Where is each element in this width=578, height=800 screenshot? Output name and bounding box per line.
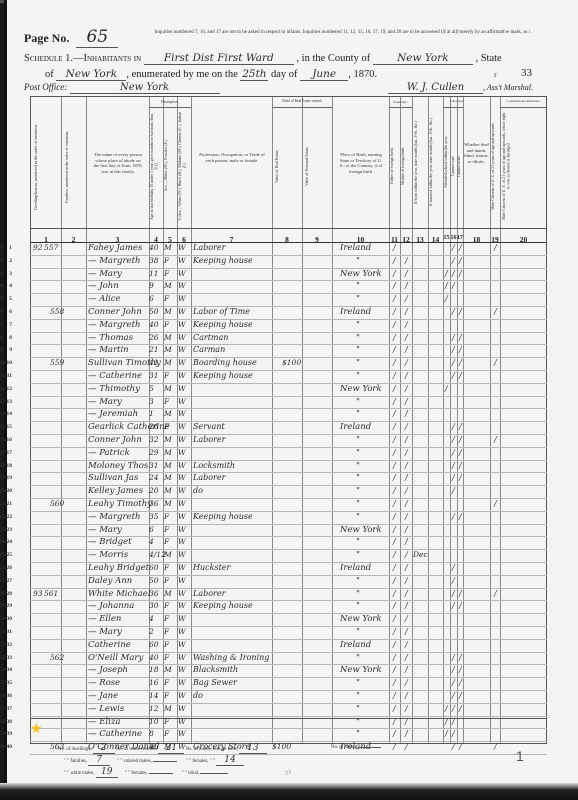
person-name: O'Neill Mary xyxy=(88,653,143,663)
occupation-value: Keeping house xyxy=(193,320,253,329)
sex-value: M xyxy=(164,307,172,316)
month-field: June xyxy=(300,68,348,81)
white-females-label: No. of white females, xyxy=(116,747,157,752)
affirmative-mark: / xyxy=(459,653,462,662)
affirmative-mark: / xyxy=(393,537,396,546)
affirmative-mark: / xyxy=(452,704,455,713)
affirmative-mark: / xyxy=(393,409,396,418)
color-value: W xyxy=(178,601,186,610)
row-number-right: 5 xyxy=(0,296,14,302)
affirmative-mark: / xyxy=(405,448,408,457)
affirmative-mark: / xyxy=(405,461,408,470)
affirmative-mark: / xyxy=(459,665,462,674)
col20-header: Male Citizens of U. S. of 21 years of ag… xyxy=(502,111,546,221)
affirmative-mark: / xyxy=(494,358,497,367)
row-number-right: 28 xyxy=(0,591,14,597)
row-number-right: 25 xyxy=(0,552,14,558)
sex-value: F xyxy=(164,653,169,662)
person-name: — John xyxy=(88,281,119,291)
color-value: W xyxy=(178,294,186,303)
person-name: — Joseph xyxy=(88,665,128,675)
white-males-label: " " white males, xyxy=(58,771,95,776)
affirmative-mark: / xyxy=(459,601,462,610)
row-number-right: 1 xyxy=(0,245,14,251)
affirmative-mark: / xyxy=(405,281,408,290)
district-field: First Dist First Ward xyxy=(144,52,294,65)
affirmative-mark: / xyxy=(393,473,396,482)
affirmative-mark: / xyxy=(393,422,396,431)
affirmative-mark: / xyxy=(393,345,396,354)
table-row: 33— Mary11FWNew York///// xyxy=(0,268,578,281)
affirmative-mark: / xyxy=(452,358,455,367)
table-row: 1818Moloney Thos31MWLocksmith"//// xyxy=(0,460,578,473)
foreign-males-label: No. of males, foreign born, xyxy=(186,747,238,752)
col5-header: Sex.—Males (M.), Females (F.) xyxy=(164,111,176,221)
marshal-label: , Ass't Marshal. xyxy=(483,83,533,92)
sex-value: F xyxy=(164,678,169,687)
affirmative-mark: / xyxy=(459,678,462,687)
table-row: 3030— Ellen4FWNew York// xyxy=(0,613,578,626)
description-header: Description. xyxy=(149,100,191,106)
birthplace-value: " xyxy=(356,678,360,688)
post-office-line: Post Office: New York xyxy=(24,82,220,94)
affirmative-mark: / xyxy=(393,461,396,470)
col3-header: The name of every person whose place of … xyxy=(93,152,143,174)
table-row: 3232Catherine60FWIreland// xyxy=(0,639,578,652)
table-row: 1313— Mary3FW"// xyxy=(0,396,578,409)
column19-tally: 1 xyxy=(516,748,524,764)
table-row: 2929— Johanna30FWKeeping house"//// xyxy=(0,600,578,613)
affirmative-mark: / xyxy=(405,473,408,482)
affirmative-mark: / xyxy=(459,704,462,713)
occupation-value: Laborer xyxy=(193,243,225,252)
affirmative-mark: / xyxy=(452,243,455,252)
sex-value: M xyxy=(164,409,172,418)
affirmative-mark: / xyxy=(459,269,462,278)
color-value: W xyxy=(178,422,186,431)
color-value: W xyxy=(178,461,186,470)
marshal-signature: W. J. Cullen xyxy=(388,82,483,94)
person-name: — Bridget xyxy=(88,537,132,547)
person-name: — Jane xyxy=(88,691,118,701)
table-row: 3131— Mary2FW"// xyxy=(0,626,578,639)
color-value: W xyxy=(178,371,186,380)
birthplace-value: " xyxy=(356,461,360,471)
affirmative-mark: / xyxy=(445,704,448,713)
education-header: Education. xyxy=(450,99,463,105)
birthplace-value: " xyxy=(356,345,360,355)
birthplace-value: Ireland xyxy=(340,307,371,317)
affirmative-mark: / xyxy=(452,486,455,495)
affirmative-mark: / xyxy=(452,678,455,687)
year-label: , 1870. xyxy=(348,69,377,80)
occupation-value: Keeping house xyxy=(193,512,253,521)
color-value: W xyxy=(178,448,186,457)
person-name: Leahy Bridget xyxy=(88,563,149,573)
colnum-15: 15 xyxy=(443,235,450,241)
person-name: — Rose xyxy=(88,678,120,688)
person-name: Daley Ann xyxy=(88,576,132,586)
affirmative-mark: / xyxy=(452,742,455,751)
birthplace-value: " xyxy=(356,576,360,586)
family-number: 561 xyxy=(44,589,58,598)
affirmative-mark: / xyxy=(452,422,455,431)
person-name: White Michael xyxy=(88,589,151,599)
star-icon[interactable]: ★ xyxy=(30,723,43,737)
row-number-right: 15 xyxy=(0,424,14,430)
color-value: W xyxy=(178,499,186,508)
affirmative-mark: / xyxy=(393,640,396,649)
family-number: 559 xyxy=(50,358,64,367)
affirmative-mark: / xyxy=(459,742,462,751)
color-value: W xyxy=(178,397,186,406)
affirmative-mark: / xyxy=(459,333,462,342)
age-value: 11 xyxy=(149,269,159,278)
table-row: 3939— Catherine8FW"//// xyxy=(0,728,578,741)
affirmative-mark: / xyxy=(405,384,408,393)
affirmative-mark: / xyxy=(445,269,448,278)
person-name: — Thomas xyxy=(88,333,133,343)
page-number: Page No. 65 xyxy=(24,27,118,48)
occupation-value: Keeping house xyxy=(193,371,253,380)
col12-header: Mother of foreign birth. xyxy=(401,111,411,221)
colored-females-label: " " females, xyxy=(119,771,147,776)
birthplace-value: New York xyxy=(340,614,382,624)
person-name: — Mary xyxy=(88,269,122,279)
table-row: 1010559Sullivan Timothy41MWBoarding hous… xyxy=(0,357,578,370)
row-number-right: 12 xyxy=(0,386,14,392)
sex-value: F xyxy=(164,371,169,380)
table-row: 2727Daley Ann50FW"/// xyxy=(0,575,578,588)
occupation-value: Cartman xyxy=(193,333,228,342)
real-estate-header: Value of Real Estate owned. xyxy=(272,99,332,105)
page-label: Page No. xyxy=(24,31,69,45)
county-label: , in the County of xyxy=(296,53,370,64)
affirmative-mark: / xyxy=(405,614,408,623)
table-row: 1414— Jeremiah1MW"// xyxy=(0,408,578,421)
affirmative-mark: / xyxy=(393,448,396,457)
affirmative-mark: / xyxy=(452,729,455,738)
sex-value: F xyxy=(164,601,169,610)
age-value: 40 xyxy=(149,653,159,662)
dwelling-number: 93 xyxy=(33,589,43,598)
person-name: — Margreth xyxy=(88,512,140,522)
insane-count xyxy=(359,747,381,748)
row-number-right: 31 xyxy=(0,629,14,635)
birthplace-value: " xyxy=(356,294,360,304)
affirmative-mark: / xyxy=(393,371,396,380)
person-name: Kelley James xyxy=(88,486,143,496)
affirmative-mark: / xyxy=(405,665,408,674)
affirmative-mark: / xyxy=(393,243,396,252)
age-value: 2 xyxy=(149,627,154,636)
color-value: W xyxy=(178,525,186,534)
affirmative-mark: / xyxy=(405,269,408,278)
age-value: 10 xyxy=(149,717,159,726)
age-value: 36 xyxy=(149,589,159,598)
affirmative-mark: / xyxy=(405,320,408,329)
affirmative-mark: / xyxy=(393,512,396,521)
affirmative-mark: / xyxy=(393,627,396,636)
affirmative-mark: / xyxy=(459,422,462,431)
sex-value: F xyxy=(164,294,169,303)
affirmative-mark: / xyxy=(405,576,408,585)
birthplace-value: " xyxy=(356,512,360,522)
state-field: New York xyxy=(56,68,126,81)
table-row: 2121560Leahy Timothy36MW"/// xyxy=(0,498,578,511)
table-row: 99— Martin21MWCarman"//// xyxy=(0,344,578,357)
affirmative-mark: / xyxy=(405,409,408,418)
age-value: 1 xyxy=(149,409,154,418)
row-number-right: 7 xyxy=(0,322,14,328)
occupation-value: Bag Sewer xyxy=(193,678,237,687)
affirmative-mark: / xyxy=(405,537,408,546)
affirmative-mark: / xyxy=(459,256,462,265)
color-value: W xyxy=(178,729,186,738)
affirmative-mark: / xyxy=(405,742,408,751)
affirmative-mark: / xyxy=(405,422,408,431)
affirmative-mark: / xyxy=(393,576,396,585)
age-value: 5 xyxy=(149,384,154,393)
families-count: 7 xyxy=(88,755,110,766)
affirmative-mark: / xyxy=(393,486,396,495)
affirmative-mark: / xyxy=(452,601,455,610)
age-value: 50 xyxy=(149,576,159,585)
affirmative-mark: / xyxy=(405,486,408,495)
affirmative-mark: / xyxy=(452,512,455,521)
color-value: W xyxy=(178,307,186,316)
affirmative-mark: / xyxy=(405,601,408,610)
table-row: 3535— Rose16FWBag Sewer"//// xyxy=(0,677,578,690)
summary-block: No. of dwellings, 2 No. of white females… xyxy=(58,743,267,779)
color-value: W xyxy=(178,256,186,265)
person-name: Moloney Thos xyxy=(88,461,148,471)
affirmative-mark: / xyxy=(393,307,396,316)
age-value: 6 xyxy=(149,294,154,303)
age-value: 31 xyxy=(149,461,159,470)
color-value: W xyxy=(178,653,186,662)
sex-value: F xyxy=(164,640,169,649)
tick-mark: ɾ xyxy=(494,70,497,79)
birthplace-value: " xyxy=(356,397,360,407)
person-name: — Eliza xyxy=(88,717,120,727)
affirmative-mark: / xyxy=(393,397,396,406)
page-number-value: 65 xyxy=(76,27,118,48)
col4-header: Age at last birthday. If under 1 year, g… xyxy=(150,111,162,221)
birthplace-value: " xyxy=(356,448,360,458)
age-value: 18 xyxy=(149,665,159,674)
sex-value: F xyxy=(164,729,169,738)
color-value: W xyxy=(178,537,186,546)
color-value: W xyxy=(178,435,186,444)
affirmative-mark: / xyxy=(459,345,462,354)
person-name: — Alice xyxy=(88,294,121,304)
affirmative-mark: / xyxy=(452,563,455,572)
affirmative-mark: / xyxy=(405,704,408,713)
birthplace-value: " xyxy=(356,333,360,343)
birthplace-value: " xyxy=(356,320,360,330)
sex-value: M xyxy=(164,448,172,457)
occupation-value: Laborer xyxy=(193,473,225,482)
occupation-value: Carman xyxy=(193,345,225,354)
white-males-count: 19 xyxy=(96,767,118,778)
age-value: 26 xyxy=(149,422,159,431)
affirmative-mark: / xyxy=(452,307,455,316)
age-value: 6 xyxy=(149,525,154,534)
affirmative-mark: / xyxy=(405,525,408,534)
person-name: — Morris xyxy=(88,550,128,560)
row-number-right: 11 xyxy=(0,373,14,379)
birthplace-value: New York xyxy=(340,525,382,535)
sex-value: M xyxy=(164,461,172,470)
col8-header: Value of Real Estate. xyxy=(275,111,299,221)
row-number-right: 39 xyxy=(0,731,14,737)
row-number-right: 16 xyxy=(0,437,14,443)
day-of-label: day of xyxy=(271,69,298,80)
dwellings-label: No. of dwellings, xyxy=(58,747,91,752)
affirmative-mark: / xyxy=(393,384,396,393)
person-name: — Patrick xyxy=(88,448,130,458)
row-number-right: 36 xyxy=(0,693,14,699)
sex-value: F xyxy=(164,691,169,700)
affirmative-mark: / xyxy=(405,371,408,380)
table-row: 2323— Mary6FWNew York// xyxy=(0,524,578,537)
sex-value: F xyxy=(164,320,169,329)
table-row: 3333562O'Neill Mary40FWWashing & Ironing… xyxy=(0,652,578,665)
affirmative-mark: / xyxy=(393,525,396,534)
age-value: 35 xyxy=(149,512,159,521)
affirmative-mark: / xyxy=(393,550,396,559)
color-value: W xyxy=(178,269,186,278)
affirmative-mark: / xyxy=(405,678,408,687)
col13-header: If born within the year, state month (Ja… xyxy=(414,102,427,222)
person-name: — Jeremiah xyxy=(88,409,138,419)
affirmative-mark: / xyxy=(393,614,396,623)
sex-value: F xyxy=(164,422,169,431)
affirmative-mark: / xyxy=(452,448,455,457)
affirmative-mark: / xyxy=(405,627,408,636)
row-number-right: 24 xyxy=(0,539,14,545)
affirmative-mark: / xyxy=(393,691,396,700)
sex-value: M xyxy=(164,435,172,444)
color-value: W xyxy=(178,281,186,290)
foreign-males-count: 13 xyxy=(239,743,267,754)
occupation-value: Boarding house xyxy=(193,358,257,367)
person-name: Sullivan Jas xyxy=(88,473,138,483)
age-value: 36 xyxy=(149,499,159,508)
affirmative-mark: / xyxy=(393,294,396,303)
occupation-value: Locksmith xyxy=(193,461,235,470)
birthplace-value: New York xyxy=(340,269,382,279)
affirmative-mark: / xyxy=(452,333,455,342)
row-number-right: 18 xyxy=(0,463,14,469)
estate-value: $100 xyxy=(272,742,291,751)
enumeration-line: of New York, enumerated by me on the 25t… xyxy=(45,68,377,81)
person-name: — Catherine xyxy=(88,729,142,739)
sex-value: M xyxy=(164,473,172,482)
age-value: 32 xyxy=(149,435,159,444)
affirmative-mark: / xyxy=(393,563,396,572)
age-value: 21 xyxy=(149,345,159,354)
sex-value: F xyxy=(164,397,169,406)
age-value: 20 xyxy=(149,486,159,495)
occupation-value: Blacksmith xyxy=(193,665,238,674)
row-number-right: 30 xyxy=(0,616,14,622)
blind-label: " " blind, xyxy=(174,771,199,776)
blind-count xyxy=(200,773,228,774)
person-name: — Catherine xyxy=(88,371,142,381)
color-value: W xyxy=(178,576,186,585)
affirmative-mark: / xyxy=(405,640,408,649)
affirmative-mark: / xyxy=(405,512,408,521)
row-number-right: 38 xyxy=(0,719,14,725)
row-number-right: 13 xyxy=(0,399,14,405)
color-value: W xyxy=(178,678,186,687)
row-number-right: 26 xyxy=(0,565,14,571)
birthplace-value: " xyxy=(356,537,360,547)
table-row: 55— Alice6FW"/// xyxy=(0,293,578,306)
sex-value: F xyxy=(164,614,169,623)
row-number-right: 32 xyxy=(0,642,14,648)
birthplace-value: " xyxy=(356,473,360,483)
occupation-value: Keeping house xyxy=(193,256,253,265)
birthplace-value: " xyxy=(356,717,360,727)
age-value: 60 xyxy=(149,640,159,649)
age-value: 41 xyxy=(149,358,159,367)
birthplace-value: " xyxy=(356,371,360,381)
row-number-right: 29 xyxy=(0,603,14,609)
affirmative-mark: / xyxy=(405,397,408,406)
person-name: — Mary xyxy=(88,627,122,637)
row-number-right: 20 xyxy=(0,488,14,494)
person-name: — Lewis xyxy=(88,704,124,714)
affirmative-mark: / xyxy=(494,307,497,316)
birthplace-value: Ireland xyxy=(340,640,371,650)
table-row: 1212— Thimothy5MWNew York/// xyxy=(0,383,578,396)
affirmative-mark: / xyxy=(393,653,396,662)
row-number-right: 27 xyxy=(0,578,14,584)
table-row: 3434— Joseph18MWBlacksmithNew York//// xyxy=(0,664,578,677)
sex-value: M xyxy=(164,243,172,252)
color-value: W xyxy=(178,640,186,649)
affirmative-mark: / xyxy=(405,256,408,265)
affirmative-mark: / xyxy=(452,435,455,444)
affirmative-mark: / xyxy=(393,665,396,674)
affirmative-mark: / xyxy=(393,678,396,687)
birthplace-value: " xyxy=(356,729,360,739)
age-value: 30 xyxy=(149,601,159,610)
table-row: 66558Conner John50MWLabor of TimeIreland… xyxy=(0,306,578,319)
family-number: 558 xyxy=(50,307,64,316)
sex-value: M xyxy=(164,358,172,367)
affirmative-mark: / xyxy=(452,281,455,290)
affirmative-mark: / xyxy=(405,294,408,303)
color-value: W xyxy=(178,243,186,252)
birth-month-value: Dec xyxy=(413,550,428,559)
row-number-right: 17 xyxy=(0,450,14,456)
affirmative-mark: / xyxy=(452,345,455,354)
affirmative-mark: / xyxy=(405,435,408,444)
birthplace-value: " xyxy=(356,409,360,419)
person-name: Leahy Timothy xyxy=(88,499,152,509)
table-row: 1111— Catherine31FWKeeping house"//// xyxy=(0,370,578,383)
occupation-value: Servant xyxy=(193,422,225,431)
person-name: Fahey James xyxy=(88,243,142,253)
age-value: 4 xyxy=(149,537,154,546)
color-value: W xyxy=(178,704,186,713)
row-number-right: 9 xyxy=(0,347,14,353)
row-number-right: 2 xyxy=(0,258,14,264)
